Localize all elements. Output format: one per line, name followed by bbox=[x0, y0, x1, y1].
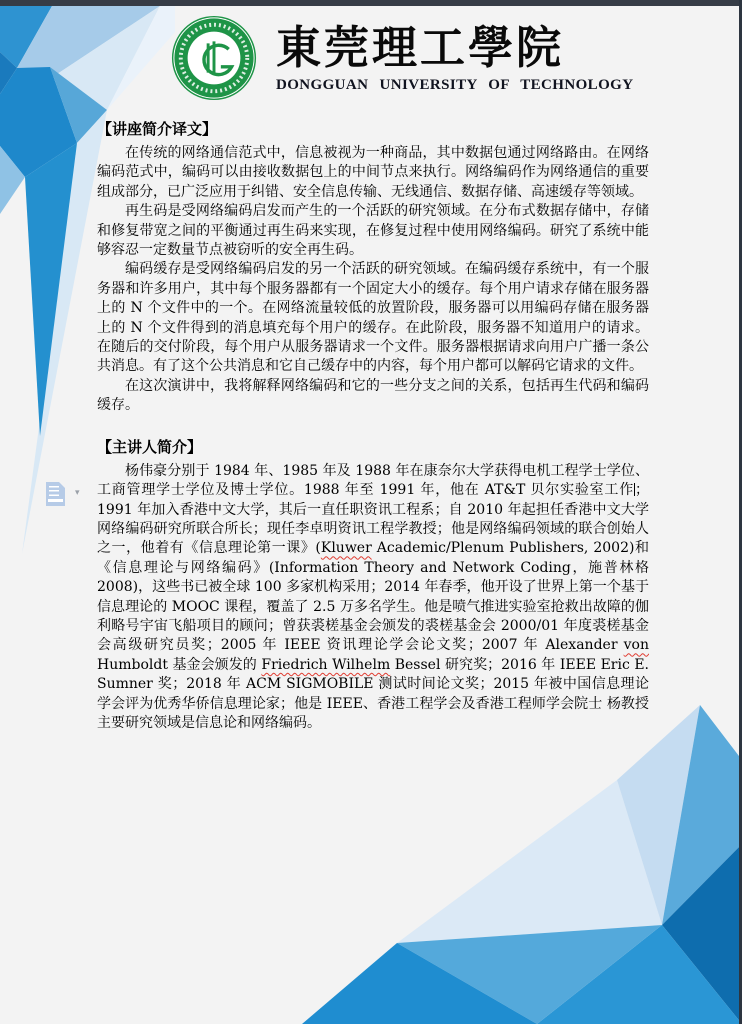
university-name-en: DONGGUAN UNIVERSITY OF TECHNOLOGY bbox=[276, 77, 633, 94]
abstract-paragraph: 编码缓存是受网络编码启发的另一个活跃的研究领域。在编码缓存系统中，有一个服务器和… bbox=[97, 260, 649, 376]
abstract-paragraph: 在这次演讲中，我将解释网络编码和它的一些分支之间的关系，包括再生代码和编码缓存。 bbox=[97, 377, 649, 416]
document-body: 【讲座简介译文】 在传统的网络通信范式中，信息被视为一种商品，其中数据包通过网络… bbox=[97, 118, 649, 733]
top-edge-bar bbox=[0, 0, 742, 6]
dropdown-arrow-icon[interactable]: ▾ bbox=[75, 489, 80, 498]
paste-options-button[interactable]: ▾ bbox=[46, 482, 90, 510]
university-title-block: 東莞理工學院 DONGGUAN UNIVERSITY OF TECHNOLOGY bbox=[276, 14, 633, 94]
abstract-paragraph: 再生码是受网络编码启发而产生的一个活跃的研究领域。在分布式数据存储中，存储和修复… bbox=[97, 202, 649, 260]
abstract-paragraph: 在传统的网络通信范式中，信息被视为一种商品，其中数据包通过网络路由。在网络编码范… bbox=[97, 144, 649, 202]
document-page: 東莞理工學院 DONGGUAN UNIVERSITY OF TECHNOLOGY… bbox=[0, 0, 742, 1024]
university-header: 東莞理工學院 DONGGUAN UNIVERSITY OF TECHNOLOGY bbox=[170, 14, 633, 102]
speaker-bio: 杨伟豪分别于 1984 年、1985 年及 1988 年在康奈尔大学获得电机工程… bbox=[97, 462, 649, 734]
section-title-lecture-abstract: 【讲座简介译文】 bbox=[97, 118, 649, 139]
section-title-speaker-bio: 【主讲人简介】 bbox=[97, 436, 649, 457]
decorative-triangles-bottom-right bbox=[282, 704, 742, 1024]
university-seal-icon bbox=[170, 14, 258, 102]
paste-options-icon bbox=[46, 482, 65, 506]
university-name-zh: 東莞理工學院 bbox=[276, 22, 633, 74]
misspelled-word: Kluwer bbox=[321, 540, 372, 556]
misspelled-word: Friedrich Wilhelm bbox=[261, 657, 390, 673]
misspelled-word: von bbox=[624, 637, 649, 653]
